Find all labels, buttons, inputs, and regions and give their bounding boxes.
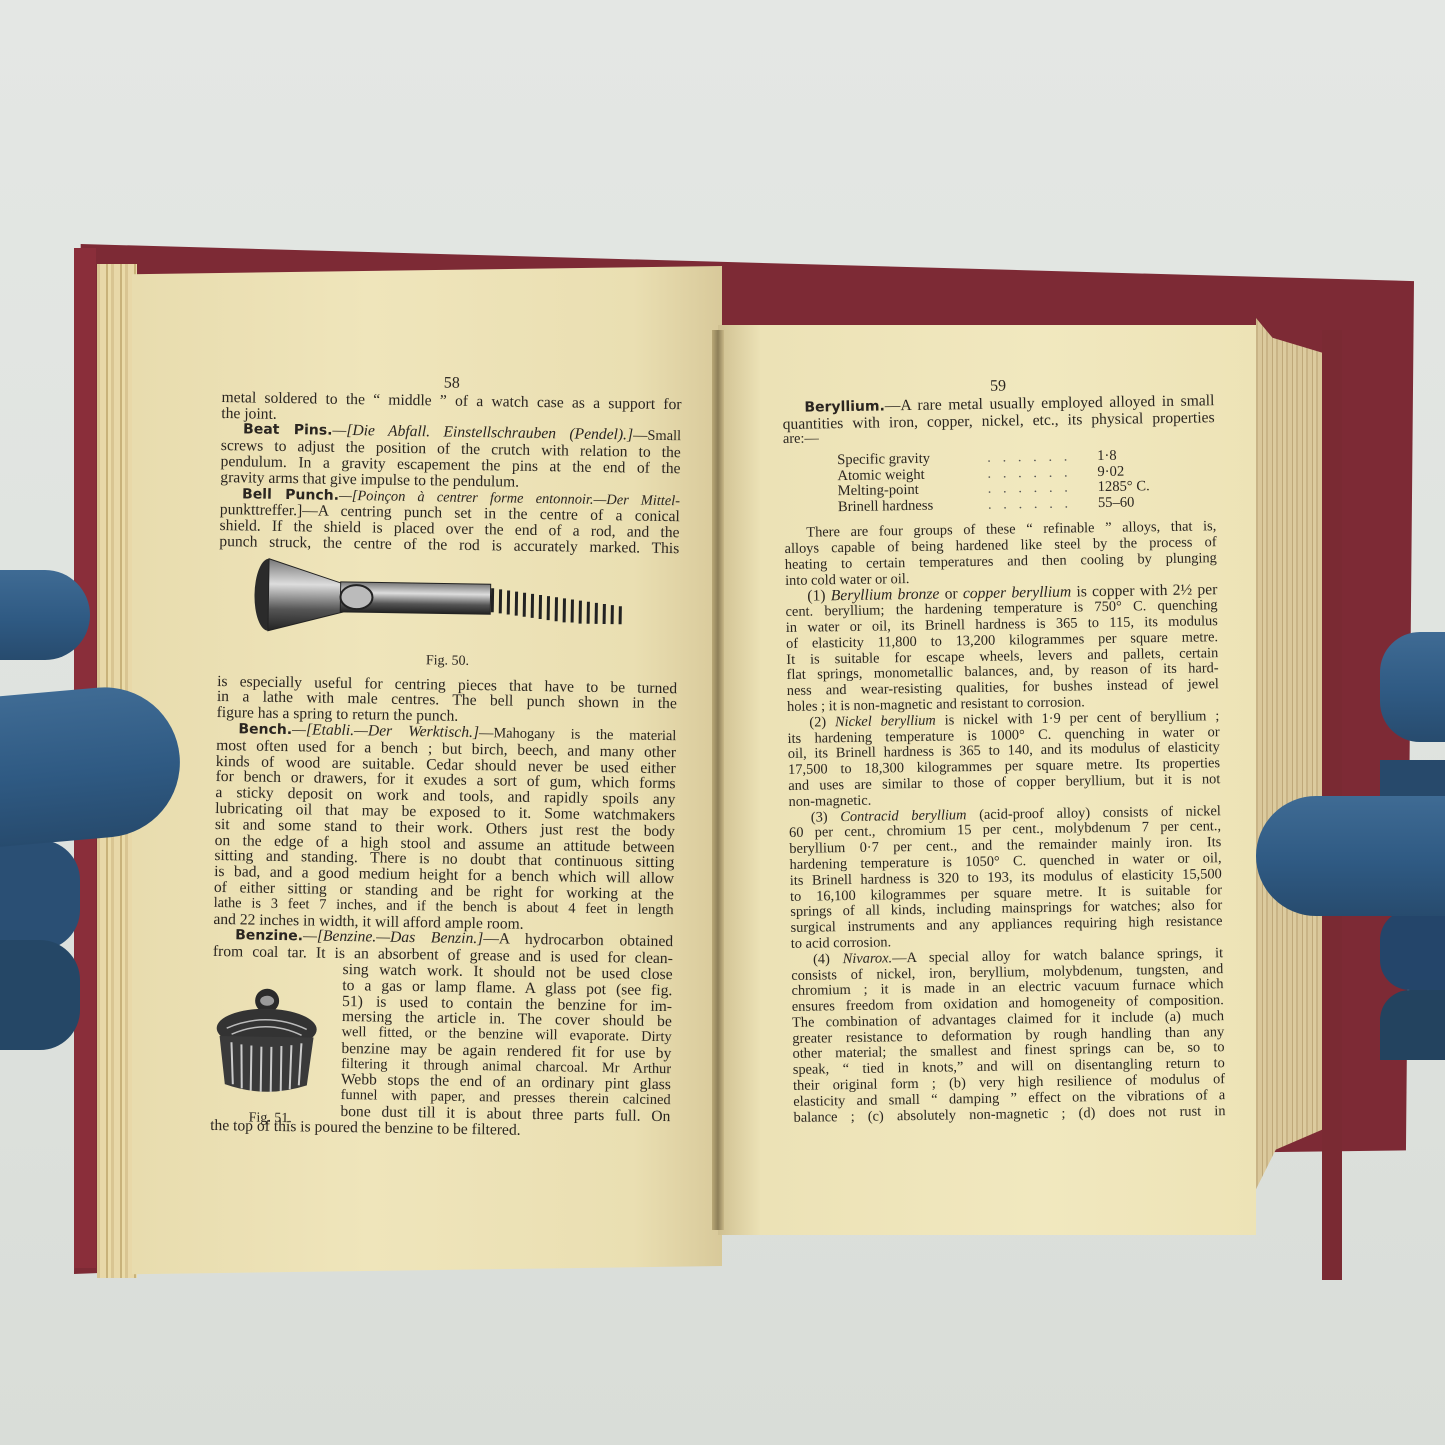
right-glove-finger (1380, 910, 1445, 990)
benzine-wrap: Fig. 51. sing watch work. It should not … (210, 960, 672, 1125)
right-glove-finger (1380, 990, 1445, 1060)
photo-scene: 58 metal soldered to the “ middle ” of a… (0, 0, 1445, 1445)
right-glove-finger (1380, 760, 1445, 800)
figure-50-bell-punch (218, 554, 679, 651)
book-gutter (712, 330, 724, 1230)
entry-term: Beryllium. (804, 398, 885, 415)
entry-term: Benzine. (235, 928, 303, 945)
left-glove-finger (0, 940, 80, 1050)
beryllium-properties-table: Specific gravity . . . . . . 1·8 Atomic … (837, 447, 1216, 515)
benzine-wrapped-text: sing watch work. It should not be used c… (340, 962, 672, 1125)
entry-term: Beat Pins. (243, 422, 333, 439)
figure-50-caption: Fig. 50. (217, 650, 677, 673)
left-glove-finger (0, 840, 80, 950)
entry-term: Bell Punch. (242, 486, 339, 504)
right-page-text: 59 Beryllium.—A rare metal usually emplo… (782, 375, 1226, 1126)
right-glove-finger (1380, 632, 1445, 742)
glass-pot-illustration (211, 980, 323, 1102)
figure-51-caption: Fig. 51. (210, 1110, 330, 1128)
left-page-text: 58 metal soldered to the “ middle ” of a… (210, 372, 682, 1141)
left-glove-finger (0, 570, 90, 660)
bell-punch-illustration (248, 554, 649, 640)
entry-term: Bench. (238, 721, 292, 738)
right-glove-thumb (1256, 796, 1445, 916)
figure-51-glass-pot: Fig. 51. (210, 980, 332, 1135)
